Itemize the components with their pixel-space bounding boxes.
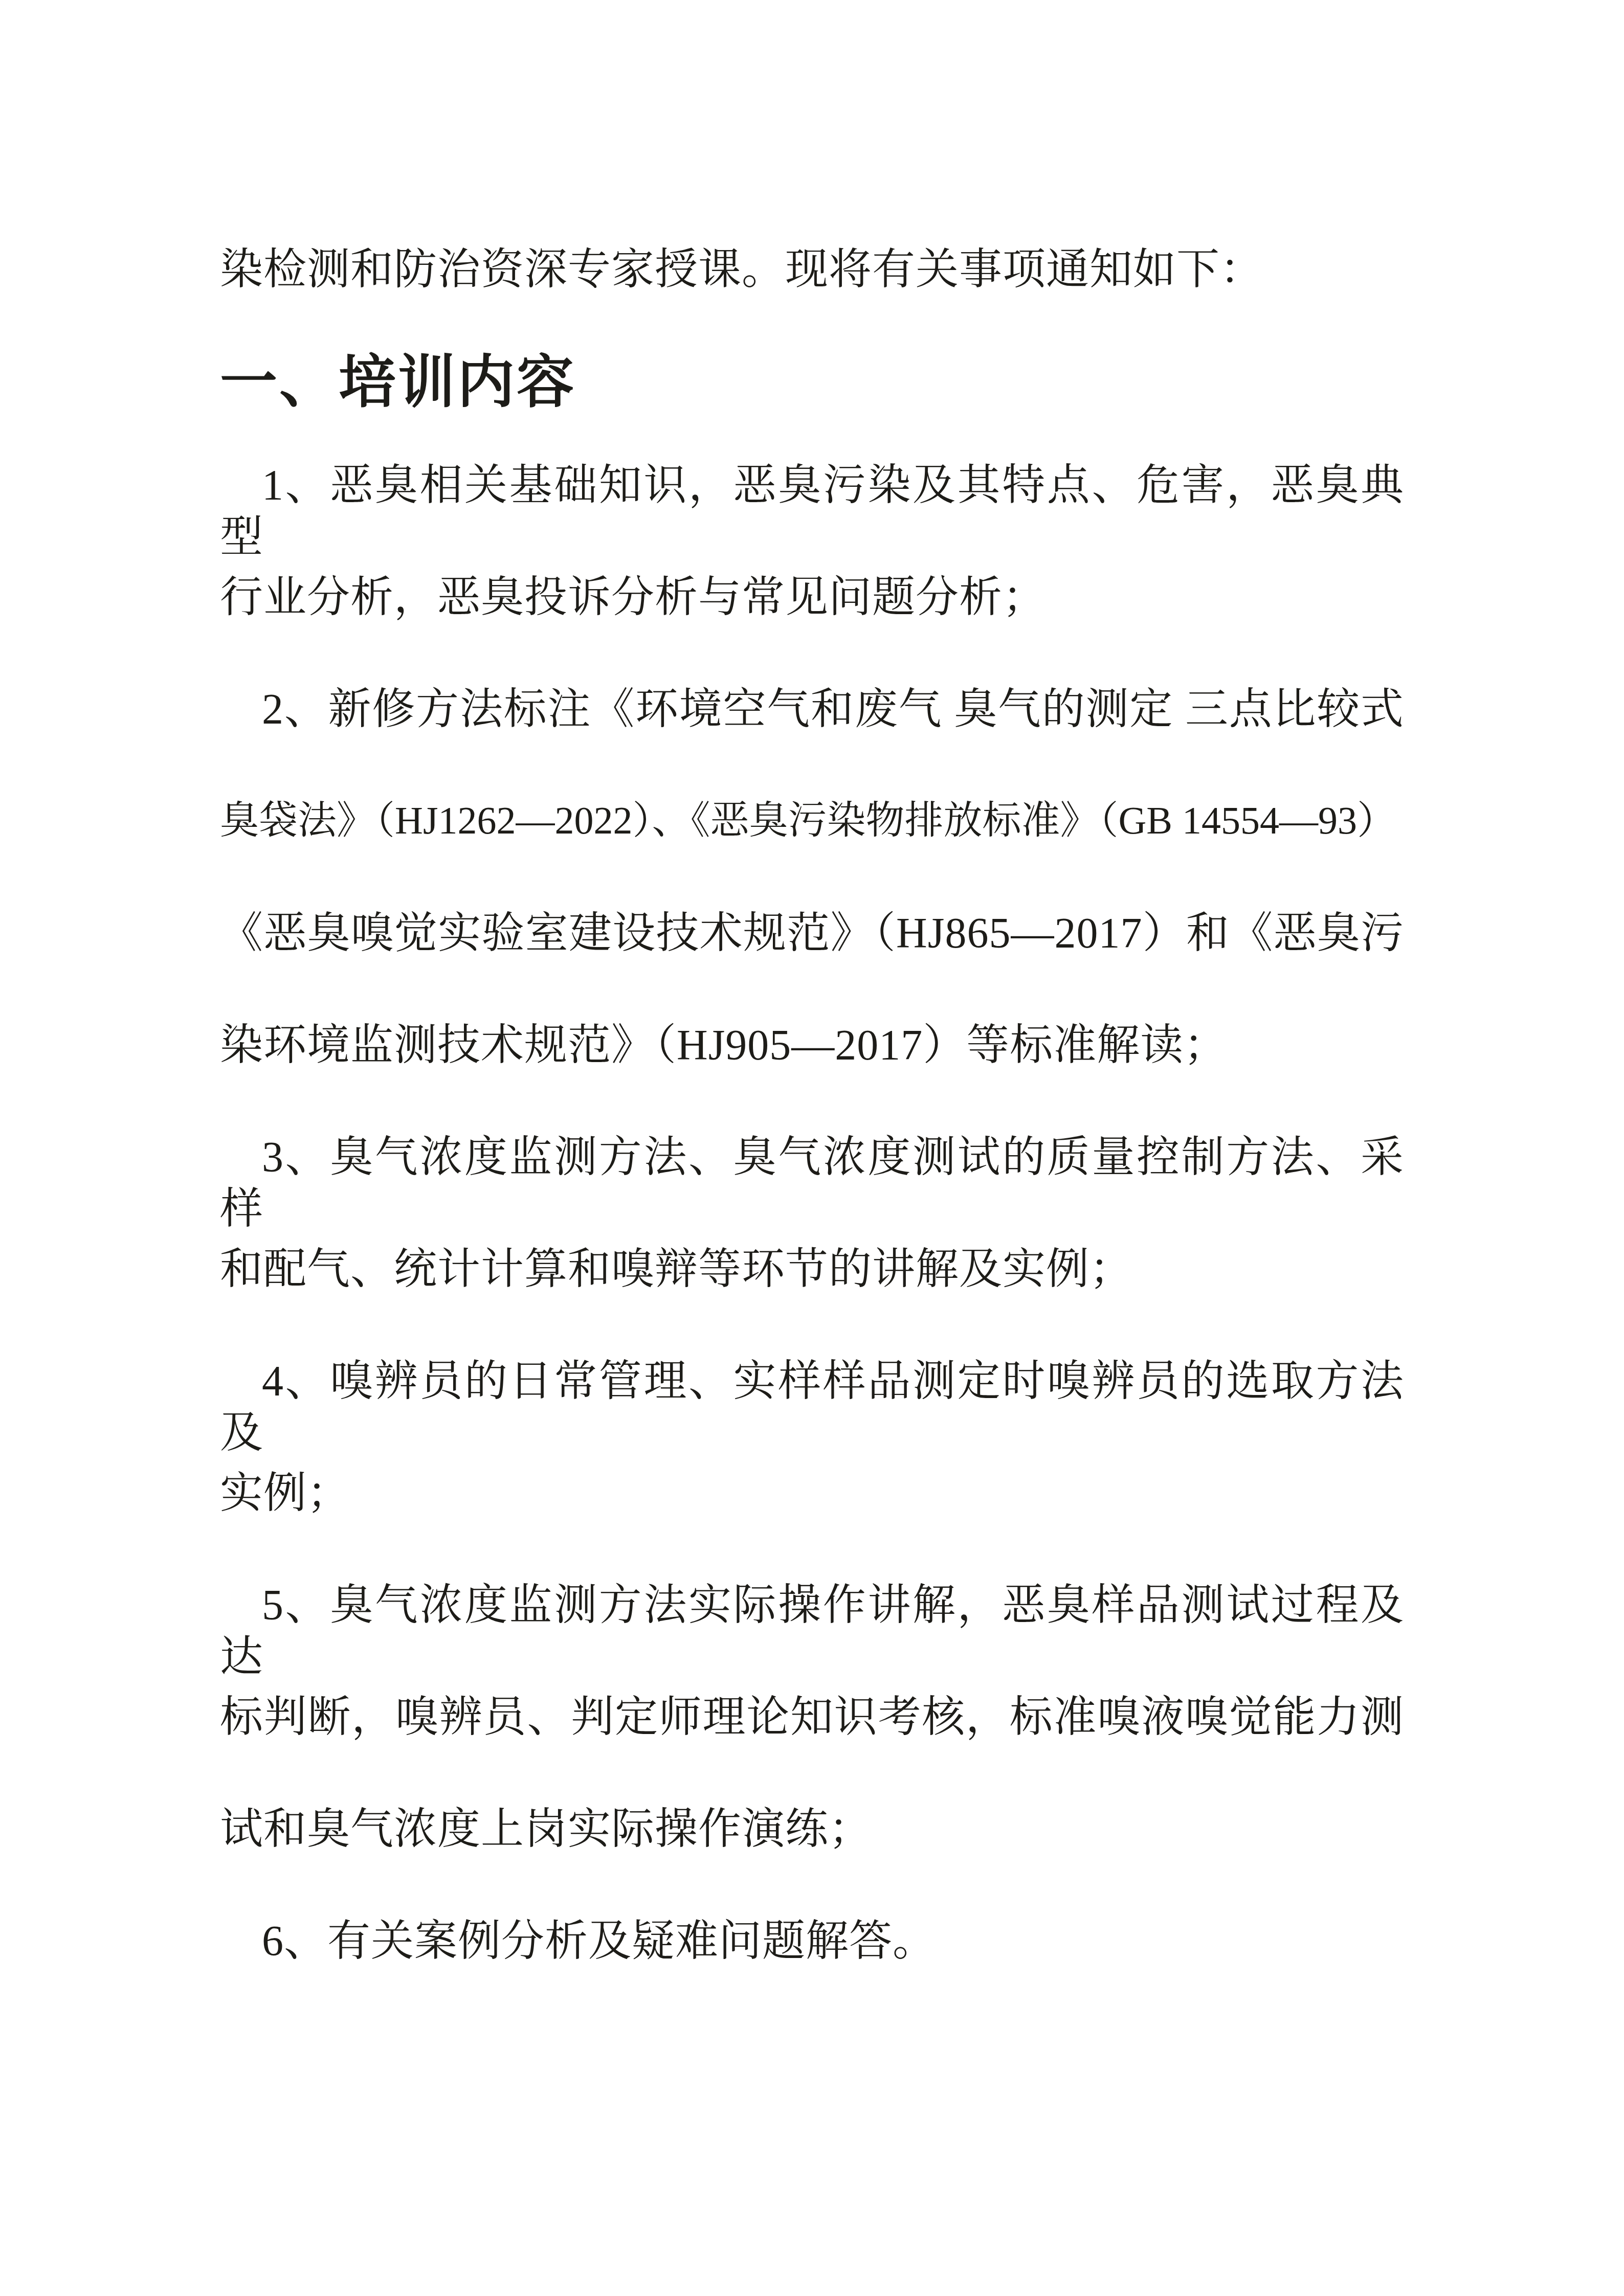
training-item-2-line-3: 《恶臭嗅觉实验室建设技术规范》（HJ865—2017）和《恶臭污 bbox=[220, 908, 1404, 960]
training-item-2-line-2: 臭袋法》（HJ1262—2022）、《恶臭污染物排放标准》（GB 14554—9… bbox=[220, 798, 1404, 844]
training-item-5-line-3: 试和臭气浓度上岗实际操作演练； bbox=[220, 1804, 1404, 1856]
training-item-3-line-1: 3、臭气浓度监测方法、臭气浓度测试的质量控制方法、采样 bbox=[220, 1132, 1404, 1235]
training-item-3-line-2: 和配气、统计计算和嗅辩等环节的讲解及实例； bbox=[220, 1244, 1404, 1296]
training-item-1-line-2: 行业分析，恶臭投诉分析与常见问题分析； bbox=[220, 572, 1404, 624]
training-item-5-line-2: 标判断，嗅辨员、判定师理论知识考核，标准嗅液嗅觉能力测 bbox=[220, 1692, 1404, 1744]
training-item-2-line-4: 染环境监测技术规范》（HJ905—2017）等标准解读； bbox=[220, 1020, 1404, 1072]
training-item-6-line-1: 6、有关案例分析及疑难问题解答。 bbox=[220, 1916, 1404, 1968]
intro-continuation-line: 染检测和防治资深专家授课。现将有关事项通知如下： bbox=[220, 244, 1404, 296]
document-page: 染检测和防治资深专家授课。现将有关事项通知如下： 一、培训内容 1、恶臭相关基础… bbox=[0, 0, 1624, 2296]
training-item-1-line-1: 1、恶臭相关基础知识，恶臭污染及其特点、危害，恶臭典型 bbox=[220, 460, 1404, 564]
training-item-2-line-1: 2、新修方法标注《环境空气和废气 臭气的测定 三点比较式 bbox=[220, 684, 1404, 736]
section-heading: 一、培训内容 bbox=[220, 349, 1404, 417]
training-item-5-line-1: 5、臭气浓度监测方法实际操作讲解，恶臭样品测试过程及达 bbox=[220, 1580, 1404, 1683]
training-item-4-line-1: 4、嗅辨员的日常管理、实样样品测定时嗅辨员的选取方法及 bbox=[220, 1356, 1404, 1459]
training-item-4-line-2: 实例； bbox=[220, 1468, 1404, 1520]
